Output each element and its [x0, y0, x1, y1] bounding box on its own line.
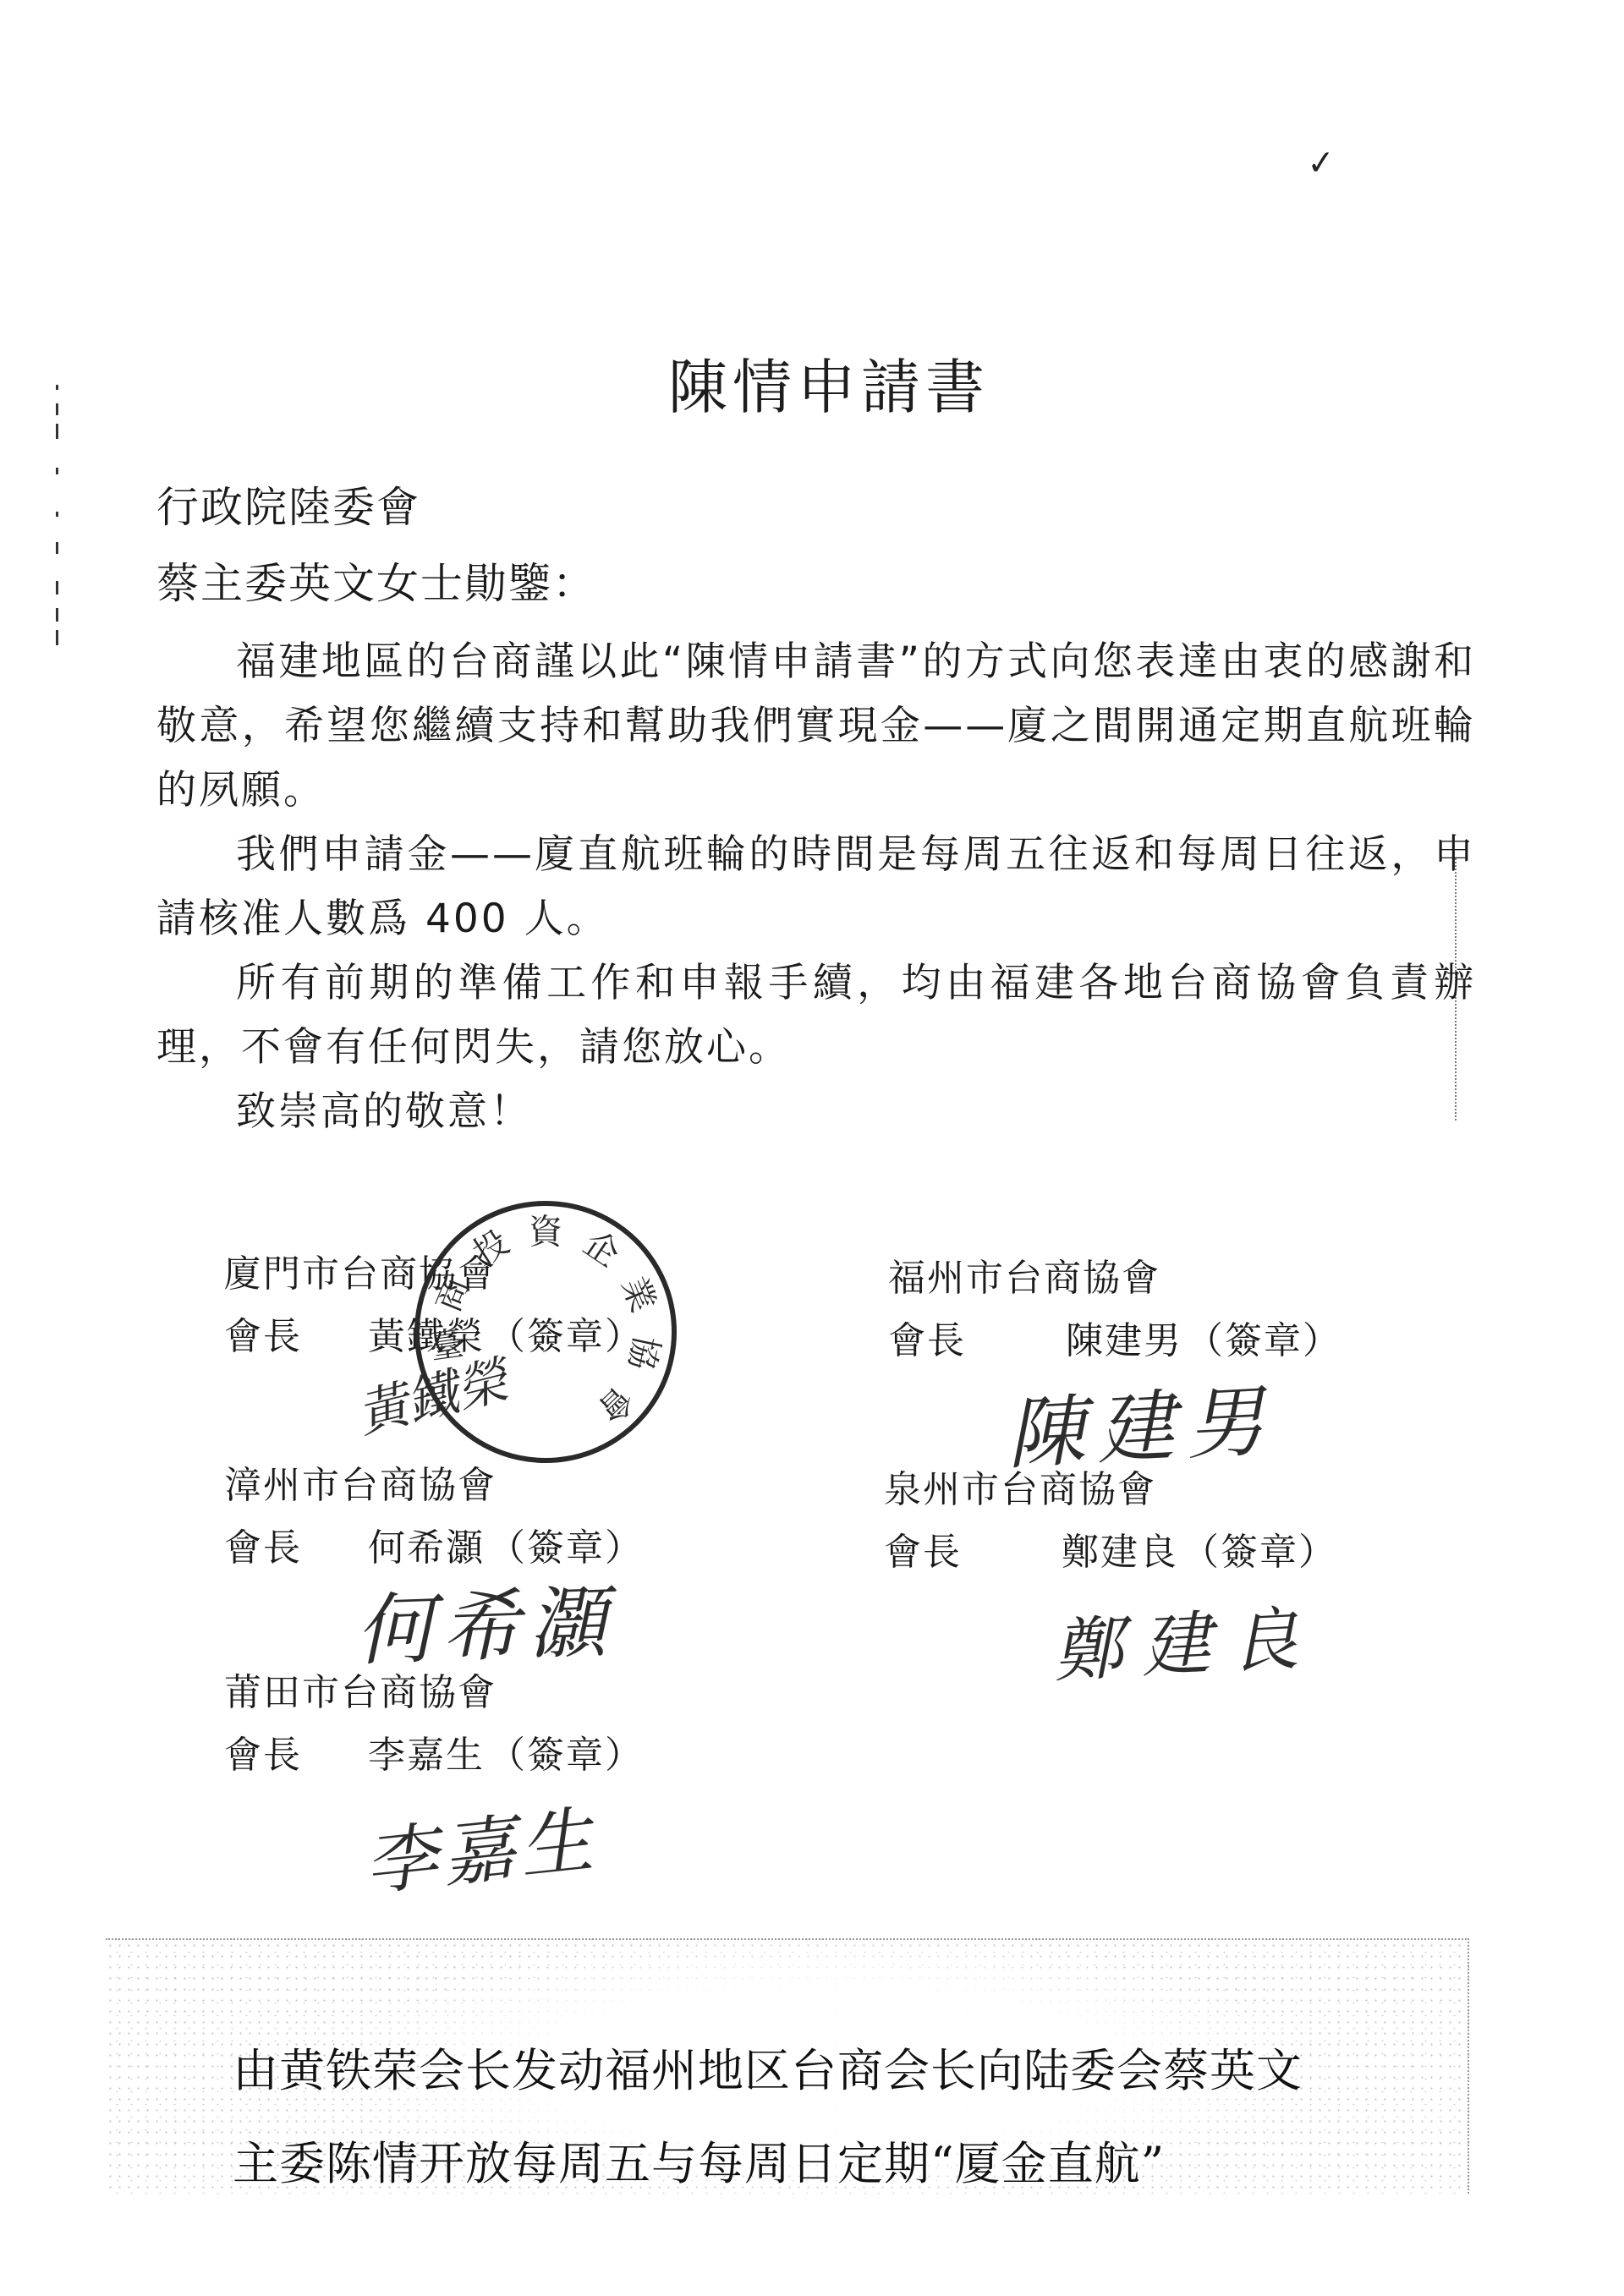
role-label: 會長 — [224, 1724, 359, 1787]
signatory-quanzhou: 泉州市台商協會 會長 鄭建良 （簽章） — [884, 1459, 1337, 1584]
caption-box: 由黄铁荣会长发动福州地区台商会长向陆委会蔡英文 主委陈情开放每周五与每周日定期“… — [106, 1938, 1469, 2194]
role-label: 會長 — [888, 1310, 1023, 1373]
paragraph-assurance: 所有前期的準備工作和申報手續，均由福建各地台商協會負責辦理，不會有任何閃失，請您… — [156, 951, 1476, 1080]
chairman-name: 陳建男 — [1066, 1310, 1182, 1373]
paragraph-request: 我們申請金——廈直航班輪的時間是每周五往返和每周日往返，申請核准人數爲 400 … — [156, 823, 1476, 951]
handwritten-signature: 鄭建良 — [1051, 1583, 1319, 1696]
association-name: 泉州市台商協會 — [884, 1459, 1337, 1521]
role-label: 會長 — [224, 1306, 359, 1368]
role-label: 會長 — [224, 1517, 359, 1580]
chairman-name: 李嘉生 — [368, 1724, 485, 1787]
document-title: 陳情申請書 — [0, 340, 1624, 425]
sign-seal-label: （簽章） — [1182, 1521, 1337, 1584]
addressee-salutation: 蔡主委英文女士勛鑒： — [156, 550, 596, 611]
association-name: 福州市台商協會 — [888, 1247, 1341, 1310]
role-label: 會長 — [884, 1521, 1019, 1584]
caption-line-1: 由黄铁荣会长发动福州地区台商会长向陆委会蔡英文 — [233, 2025, 1434, 2118]
signatory-fuzhou: 福州市台商協會 會長 陳建男 （簽章） — [888, 1247, 1341, 1373]
closing-salutation: 致崇高的敬意！ — [156, 1080, 1476, 1144]
checkmark-icon: ✓ — [1305, 143, 1336, 184]
signatory-putian: 莆田市台商協會 會長 李嘉生 （簽章） — [224, 1662, 644, 1787]
caption-text: 由黄铁荣会长发动福州地区台商会长向陆委会蔡英文 主委陈情开放每周五与每周日定期“… — [233, 2025, 1434, 2211]
seal-text: 臺 商 投 資 企 業 協 會 — [396, 1182, 694, 1481]
association-name: 莆田市台商協會 — [224, 1662, 644, 1724]
association-seal-stamp: 臺 商 投 資 企 業 協 會 — [390, 1176, 701, 1488]
caption-line-2: 主委陈情开放每周五与每周日定期“厦金直航” — [233, 2118, 1434, 2211]
paragraph-gratitude: 福建地區的台商謹以此“陳情申請書”的方式向您表達由衷的感謝和敬意，希望您繼續支持… — [156, 630, 1476, 823]
chairman-name: 鄭建良 — [1062, 1521, 1178, 1584]
addressee-organization: 行政院陸委會 — [156, 474, 420, 534]
sign-seal-label: （簽章） — [488, 1724, 644, 1787]
scanned-document-page: ✓ 陳情申請書 行政院陸委會 蔡主委英文女士勛鑒： 福建地區的台商謹以此“陳情申… — [0, 0, 1624, 2296]
handwritten-signature: 李嘉生 — [359, 1781, 601, 1910]
letter-body: 福建地區的台商謹以此“陳情申請書”的方式向您表達由衷的感謝和敬意，希望您繼續支持… — [156, 630, 1476, 1144]
